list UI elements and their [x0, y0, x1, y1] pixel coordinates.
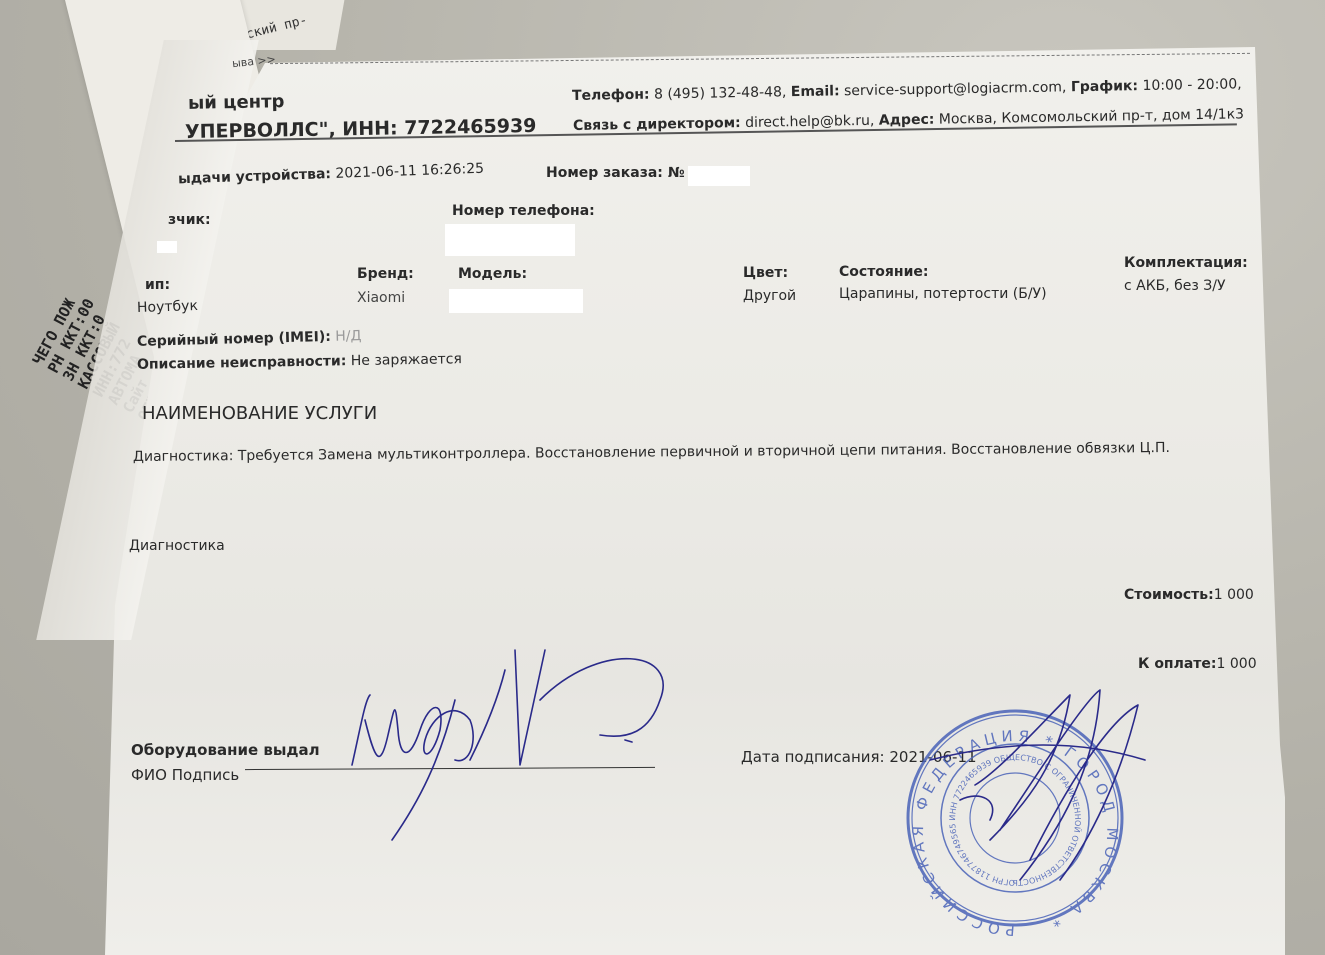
svg-text:ОГРН 1187746749565 ИНН 7722465: ОГРН 1187746749565 ИНН 7722465939 ОБЩЕСТ… — [0, 0, 1084, 887]
ink-layer: РОССИЙСКАЯ ФЕДЕРАЦИЯ * ГОРОД МОСКВА * ОГ… — [0, 0, 1325, 955]
company-stamp: РОССИЙСКАЯ ФЕДЕРАЦИЯ * ГОРОД МОСКВА * ОГ… — [0, 0, 1122, 939]
issuer-signature — [352, 650, 663, 840]
